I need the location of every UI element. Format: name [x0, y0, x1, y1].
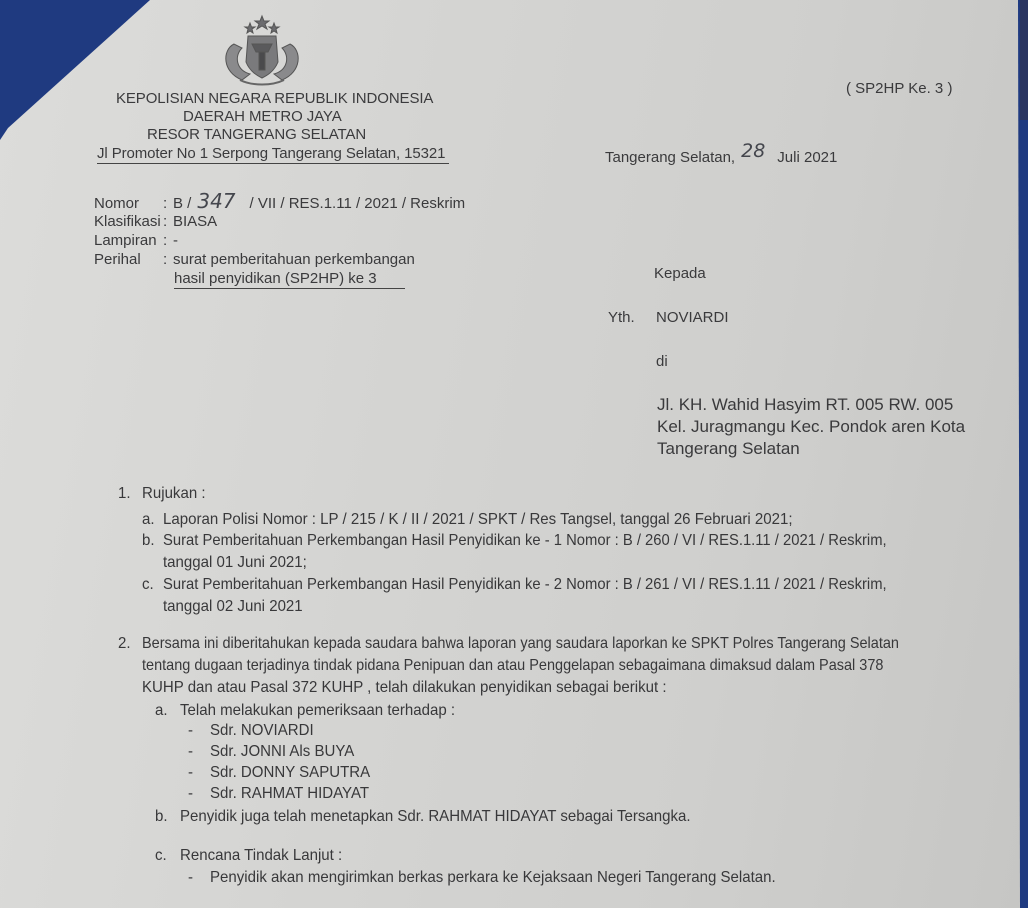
section-2c-title: Rencana Tindak Lanjut :: [180, 846, 342, 867]
letter-meta: Nomor : B / 347 / VII / RES.1.11 / 2021 …: [94, 193, 465, 289]
section-2b-marker: b.: [155, 807, 168, 828]
section-2a-marker: a.: [155, 701, 168, 722]
letterhead-resor: RESOR TANGERANG SELATAN: [147, 126, 366, 143]
rujukan-c-line-2: tanggal 02 Juni 2021: [163, 597, 303, 618]
meta-value: surat pemberitahuan perkembangan: [173, 251, 415, 268]
date-day-handwritten: 28: [741, 140, 765, 162]
dash: -: [188, 784, 193, 805]
rujukan-b-line: Surat Pemberitahuan Perkembangan Hasil P…: [163, 531, 887, 552]
dash: -: [188, 721, 193, 742]
kepada-label: Kepada: [654, 265, 706, 282]
section-2-line-2: tentang dugaan terjadinya tindak pidana …: [142, 656, 883, 677]
nomor-suffix: / VII / RES.1.11 / 2021 / Reskrim: [250, 195, 466, 212]
section-2-line-3: KUHP dan atau Pasal 372 KUHP , telah dil…: [142, 678, 667, 699]
yth-label: Yth.: [608, 309, 635, 326]
section-2c-marker: c.: [155, 846, 167, 867]
section-2b-text: Penyidik juga telah menetapkan Sdr. RAHM…: [180, 807, 691, 828]
rujukan-c-marker: c.: [142, 575, 154, 596]
meta-nomor: Nomor : B / 347 / VII / RES.1.11 / 2021 …: [94, 193, 465, 212]
letterhead-region: DAERAH METRO JAYA: [183, 108, 342, 125]
meta-label: Nomor: [94, 195, 163, 212]
meta-sep: :: [163, 195, 173, 212]
background-edge: [1020, 0, 1028, 120]
rujukan-b-marker: b.: [142, 531, 155, 552]
person-item: Sdr. DONNY SAPUTRA: [210, 763, 370, 784]
meta-sep: :: [163, 232, 173, 249]
meta-sep: :: [163, 213, 173, 230]
meta-value: BIASA: [173, 213, 217, 230]
plan-item: Penyidik akan mengirimkan berkas perkara…: [210, 868, 776, 889]
meta-value-2: hasil penyidikan (SP2HP) ke 3: [174, 270, 405, 289]
address-line: Tangerang Selatan: [657, 438, 965, 460]
rujukan-b-line-2: tanggal 01 Juni 2021;: [163, 553, 307, 574]
letterhead-address: Jl Promoter No 1 Serpong Tangerang Selat…: [97, 145, 449, 164]
nomor-prefix: B /: [173, 195, 191, 212]
di-label: di: [656, 353, 668, 370]
address-line: Jl. KH. Wahid Hasyim RT. 005 RW. 005: [657, 394, 965, 416]
person-item: Sdr. RAHMAT HIDAYAT: [210, 784, 369, 805]
dash: -: [188, 742, 193, 763]
letter-date: Tangerang Selatan, 28 Juli 2021: [605, 145, 837, 167]
date-place: Tangerang Selatan,: [605, 149, 735, 166]
meta-label: Perihal: [94, 251, 163, 268]
meta-klasifikasi: Klasifikasi : BIASA: [94, 213, 465, 230]
address-line: Kel. Juragmangu Kec. Pondok aren Kota: [657, 416, 965, 438]
meta-label: Lampiran: [94, 232, 163, 249]
date-month-year: Juli 2021: [777, 149, 837, 166]
letterhead-institution: KEPOLISIAN NEGARA REPUBLIK INDONESIA: [116, 90, 433, 107]
rujukan-a-marker: a.: [142, 510, 155, 531]
form-code: ( SP2HP Ke. 3 ): [846, 80, 952, 97]
person-item: Sdr. NOVIARDI: [210, 721, 314, 742]
police-emblem-icon: [212, 14, 312, 86]
section-1-number: 1.: [118, 484, 131, 505]
meta-label: Klasifikasi: [94, 213, 163, 230]
meta-perihal-cont: hasil penyidikan (SP2HP) ke 3: [94, 270, 465, 289]
dash: -: [188, 763, 193, 784]
rujukan-a-line: Laporan Polisi Nomor : LP / 215 / K / II…: [163, 510, 793, 531]
meta-perihal: Perihal : surat pemberitahuan perkembang…: [94, 251, 465, 268]
meta-value: -: [173, 232, 178, 249]
meta-lampiran: Lampiran : -: [94, 232, 465, 249]
recipient-address: Jl. KH. Wahid Hasyim RT. 005 RW. 005 Kel…: [657, 394, 965, 460]
section-2-number: 2.: [118, 634, 131, 655]
section-2-line-1: Bersama ini diberitahukan kepada saudara…: [142, 634, 899, 655]
person-item: Sdr. JONNI Als BUYA: [210, 742, 354, 763]
nomor-handwritten: 347: [197, 193, 235, 210]
section-1-title: Rujukan :: [142, 484, 206, 505]
dash: -: [188, 868, 193, 889]
section-2a-title: Telah melakukan pemeriksaan terhadap :: [180, 701, 455, 722]
recipient-name: NOVIARDI: [656, 309, 729, 326]
rujukan-c-line: Surat Pemberitahuan Perkembangan Hasil P…: [163, 575, 887, 596]
meta-sep: :: [163, 251, 173, 268]
